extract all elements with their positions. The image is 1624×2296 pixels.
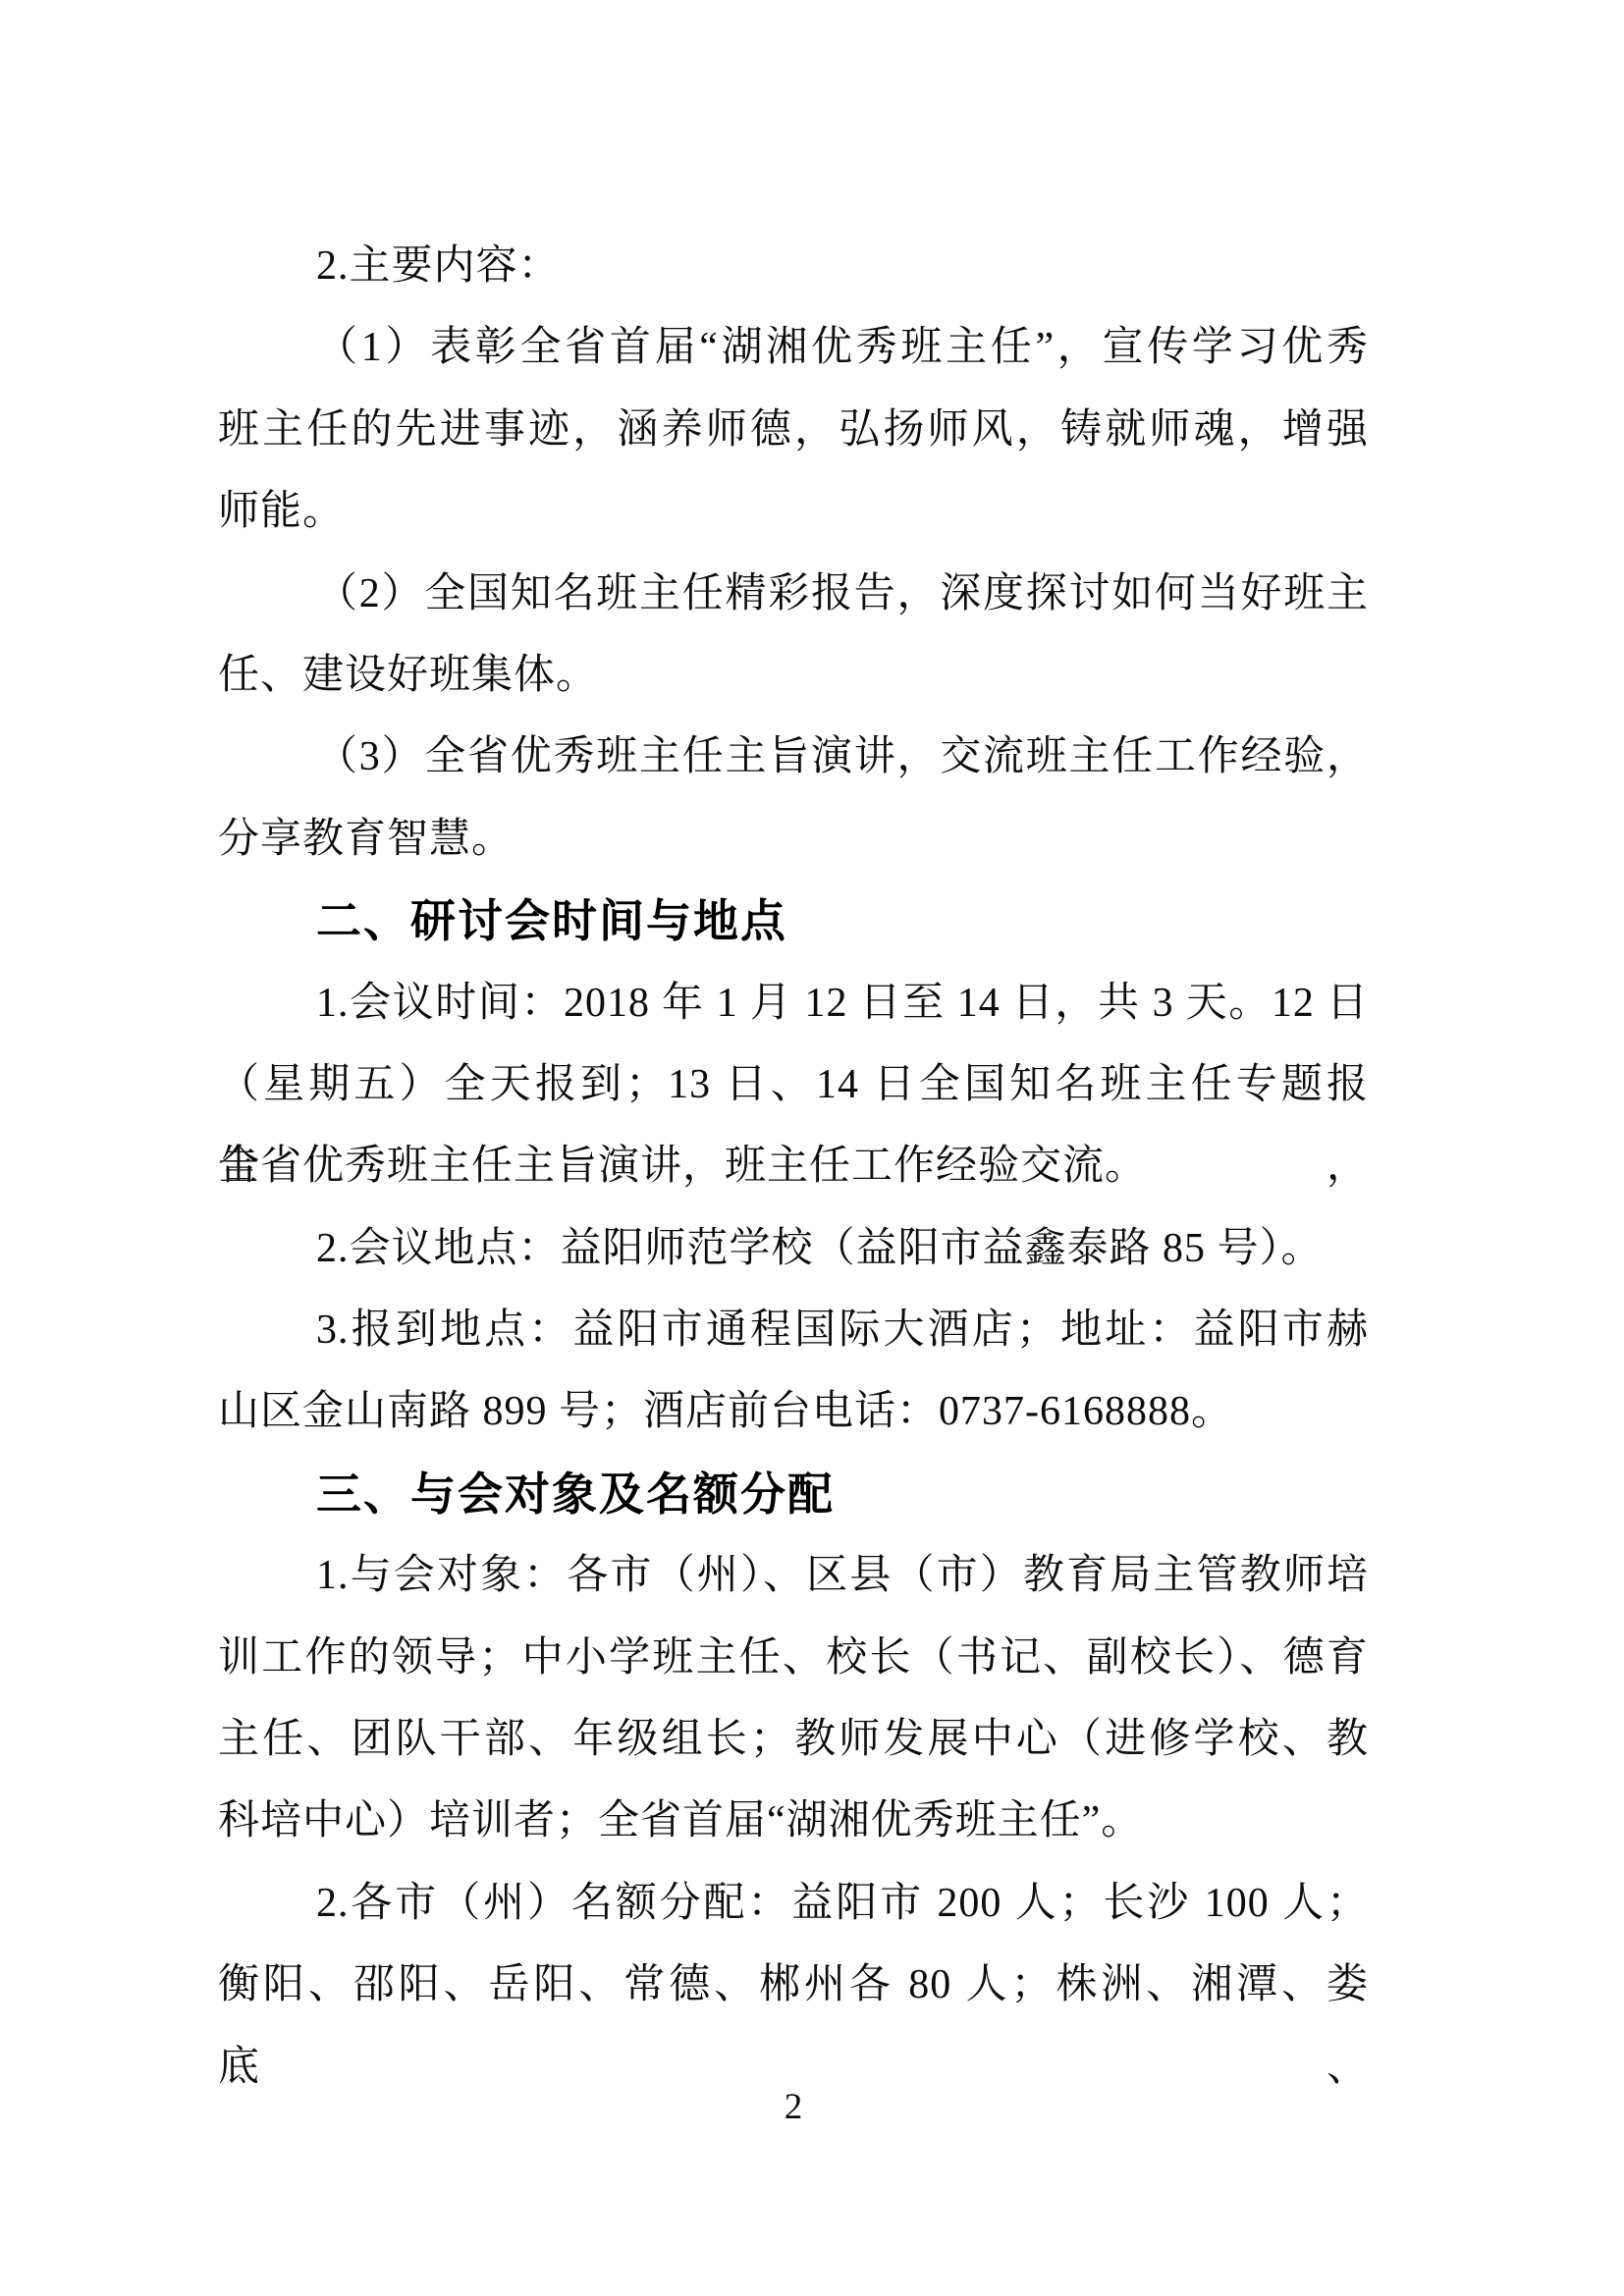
text-line: 师能。 [218, 471, 1369, 553]
text-line: 1.与会对象：各市（州）、区县（市）教育局主管教师培 [218, 1535, 1369, 1617]
document-body: 2.主要内容：（1）表彰全省首届“湖湘优秀班主任”，宣传学习优秀班主任的先进事迹… [218, 226, 1369, 2027]
text-line: （3）全省优秀班主任主旨演讲，交流班主任工作经验， [218, 717, 1369, 798]
text-line: 分享教育智慧。 [218, 799, 1369, 881]
text-line: 1.会议时间：2018 年 1 月 12 日至 14 日，共 3 天。12 日 [218, 963, 1369, 1044]
text-line: 3.报到地点：益阳市通程国际大酒店；地址：益阳市赫 [218, 1290, 1369, 1371]
section-heading: 三、与会对象及名额分配 [218, 1454, 1369, 1535]
text-line: 山区金山南路 899 号；酒店前台电话：0737-6168888。 [218, 1371, 1369, 1453]
text-line: （星期五）全天报到；13 日、14 日全国知名班主任专题报告， [218, 1044, 1369, 1126]
text-line: 2.会议地点：益阳师范学校（益阳市益鑫泰路 85 号）。 [218, 1208, 1369, 1290]
text-line: 2.主要内容： [218, 226, 1369, 307]
text-line: 主任、团队干部、年级组长；教师发展中心（进修学校、教 [218, 1699, 1369, 1781]
text-line: 训工作的领导；中小学班主任、校长（书记、副校长）、德育 [218, 1618, 1369, 1699]
text-line: （2）全国知名班主任精彩报告，深度探讨如何当好班主 [218, 554, 1369, 635]
section-heading: 二、研讨会时间与地点 [218, 881, 1369, 962]
document-page: 2.主要内容：（1）表彰全省首届“湖湘优秀班主任”，宣传学习优秀班主任的先进事迹… [0, 0, 1624, 2296]
text-line: 2.各市（州）名额分配：益阳市 200 人；长沙 100 人； [218, 1863, 1369, 1945]
text-line: （1）表彰全省首届“湖湘优秀班主任”，宣传学习优秀 [218, 307, 1369, 389]
text-line: 班主任的先进事迹，涵养师德，弘扬师风，铸就师魂，增强 [218, 390, 1369, 471]
text-line: 衡阳、邵阳、岳阳、常德、郴州各 80 人；株洲、湘潭、娄底、 [218, 1945, 1369, 2026]
text-line: 任、建设好班集体。 [218, 635, 1369, 717]
text-line: 科培中心）培训者；全省首届“湖湘优秀班主任”。 [218, 1781, 1369, 1862]
page-number: 2 [218, 2085, 1369, 2130]
